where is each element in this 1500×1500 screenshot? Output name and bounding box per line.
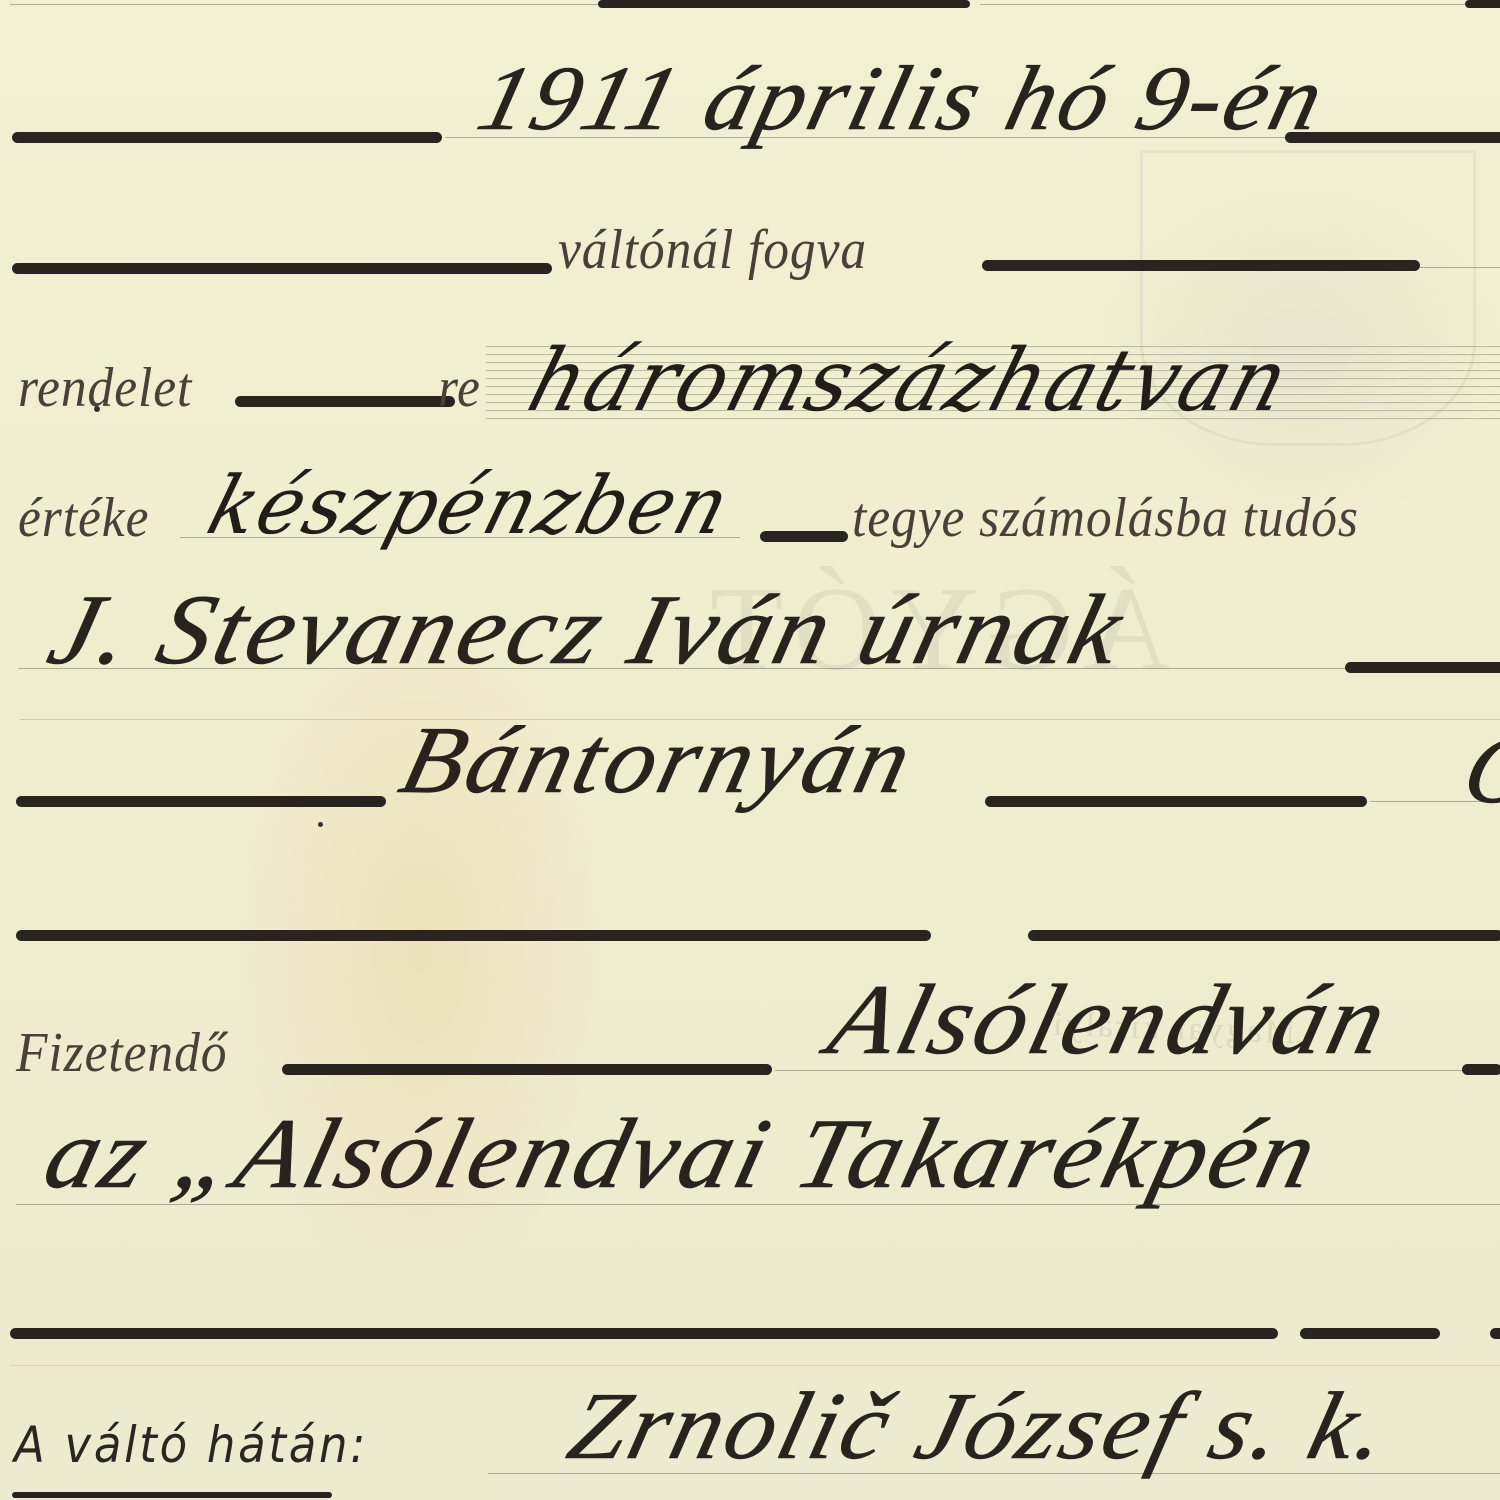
label-rendelet: rendelet [18,360,192,416]
guide-line [10,1365,1500,1366]
handwritten-bank-name: az „Alsólendvai Takarékpén [36,1104,1329,1204]
fill-rule [760,531,848,542]
guide-line [1420,267,1500,268]
fill-rule [985,796,1367,807]
ink-dot [318,822,323,827]
fill-rule [1490,1328,1500,1339]
fill-rule [12,1492,332,1498]
handwritten-erteke: készpénzben [200,466,739,546]
label-tegye-szamolasba: tegye számolásba tudós [852,490,1359,546]
fill-rule [16,796,386,807]
fill-rule [1345,662,1500,673]
ink-dot [94,406,100,412]
fill-rule [235,396,455,407]
handwritten-payment-place: Alsólendván [820,970,1399,1070]
handwritten-place: Bántornyán [392,712,923,808]
label-a-valto-hatan: A váltó hátán: [14,1420,368,1470]
handwritten-endorsement: Zrnolič József s. k. [560,1378,1400,1474]
handwritten-amount-words: háromszázhatvan [520,338,1299,424]
fill-rule [1462,1064,1500,1075]
label-valtonal-fogva: váltónál fogva [558,222,867,278]
guide-line [10,4,600,5]
handwritten-date: 1911 április hó 9-én [470,52,1335,144]
label-fizetendo: Fizetendő [16,1025,227,1081]
fill-rule [12,263,552,274]
handwritten-payee: J. Stevanecz Iván úrnak [40,580,1134,680]
fill-rule [16,930,931,941]
fill-rule [10,1328,1278,1339]
label-erteke: értéke [18,490,149,546]
fill-rule [982,260,1420,271]
fill-rule [598,0,970,8]
label-re: re [438,360,481,416]
fill-rule [12,132,442,143]
fill-rule [282,1064,772,1075]
fill-rule [1300,1328,1440,1339]
guide-line [980,4,1480,5]
fill-rule [1465,0,1500,8]
fill-rule [1028,930,1500,941]
fill-rule [1285,132,1500,143]
